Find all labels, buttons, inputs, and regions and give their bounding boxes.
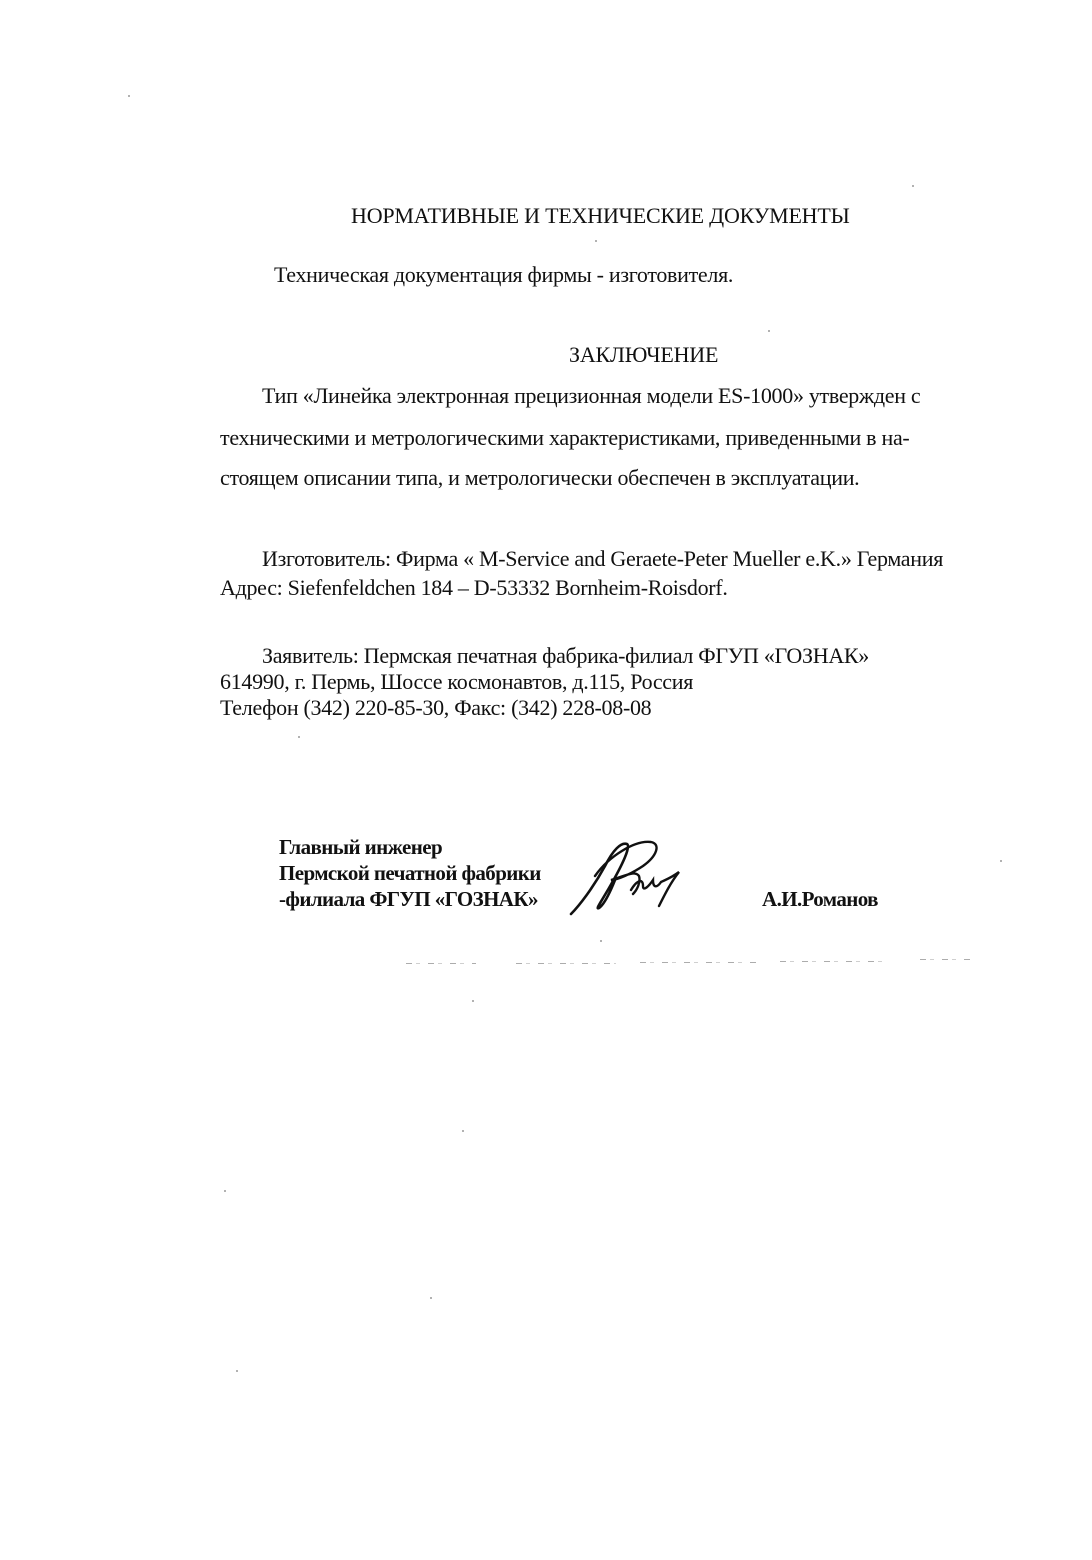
normative-section-text: Техническая документация фирмы - изготов… [274, 262, 733, 288]
scan-speck [472, 1000, 474, 1002]
conclusion-line-2: техническими и метрологическими характер… [220, 425, 909, 451]
scan-speck [236, 1370, 238, 1372]
scan-artifact-line [406, 963, 476, 964]
applicant-address: 614990, г. Пермь, Шоссе космонавтов, д.1… [220, 669, 693, 695]
signatory-position-line-3: -филиала ФГУП «ГОЗНАК» [279, 886, 538, 912]
scan-speck [912, 185, 914, 187]
scan-speck [128, 95, 130, 97]
scan-speck [768, 330, 770, 332]
scan-speck [430, 1297, 432, 1299]
manufacturer-line: Изготовитель: Фирма « M-Service and Gera… [262, 546, 943, 572]
scan-speck [600, 940, 602, 942]
conclusion-line-3: стоящем описании типа, и метрологически … [220, 465, 859, 491]
signature-icon [565, 836, 685, 920]
normative-section-title: НОРМАТИВНЫЕ И ТЕХНИЧЕСКИЕ ДОКУМЕНТЫ [351, 203, 850, 229]
scan-speck [1000, 860, 1002, 862]
applicant-line: Заявитель: Пермская печатная фабрика-фил… [262, 643, 869, 669]
scan-speck [595, 240, 597, 242]
conclusion-section-title: ЗАКЛЮЧЕНИЕ [569, 342, 718, 368]
scan-artifact-line [640, 962, 760, 963]
scan-speck [462, 1130, 464, 1132]
scan-artifact-line [780, 961, 890, 962]
conclusion-line-1: Тип «Линейка электронная прецизионная мо… [262, 383, 920, 409]
signatory-position-line-1: Главный инженер [279, 834, 442, 860]
signatory-name: А.И.Романов [762, 886, 878, 912]
scan-speck [298, 736, 300, 738]
document-page: НОРМАТИВНЫЕ И ТЕХНИЧЕСКИЕ ДОКУМЕНТЫ Техн… [0, 0, 1092, 1560]
scan-speck [224, 1190, 226, 1192]
scan-artifact-line [516, 963, 616, 964]
scan-artifact-line [920, 959, 970, 960]
applicant-phone-fax: Телефон (342) 220-85-30, Факс: (342) 228… [220, 695, 651, 721]
signatory-position-line-2: Пермской печатной фабрики [279, 860, 541, 886]
manufacturer-address: Адрес: Siefenfeldchen 184 – D-53332 Born… [220, 575, 728, 601]
